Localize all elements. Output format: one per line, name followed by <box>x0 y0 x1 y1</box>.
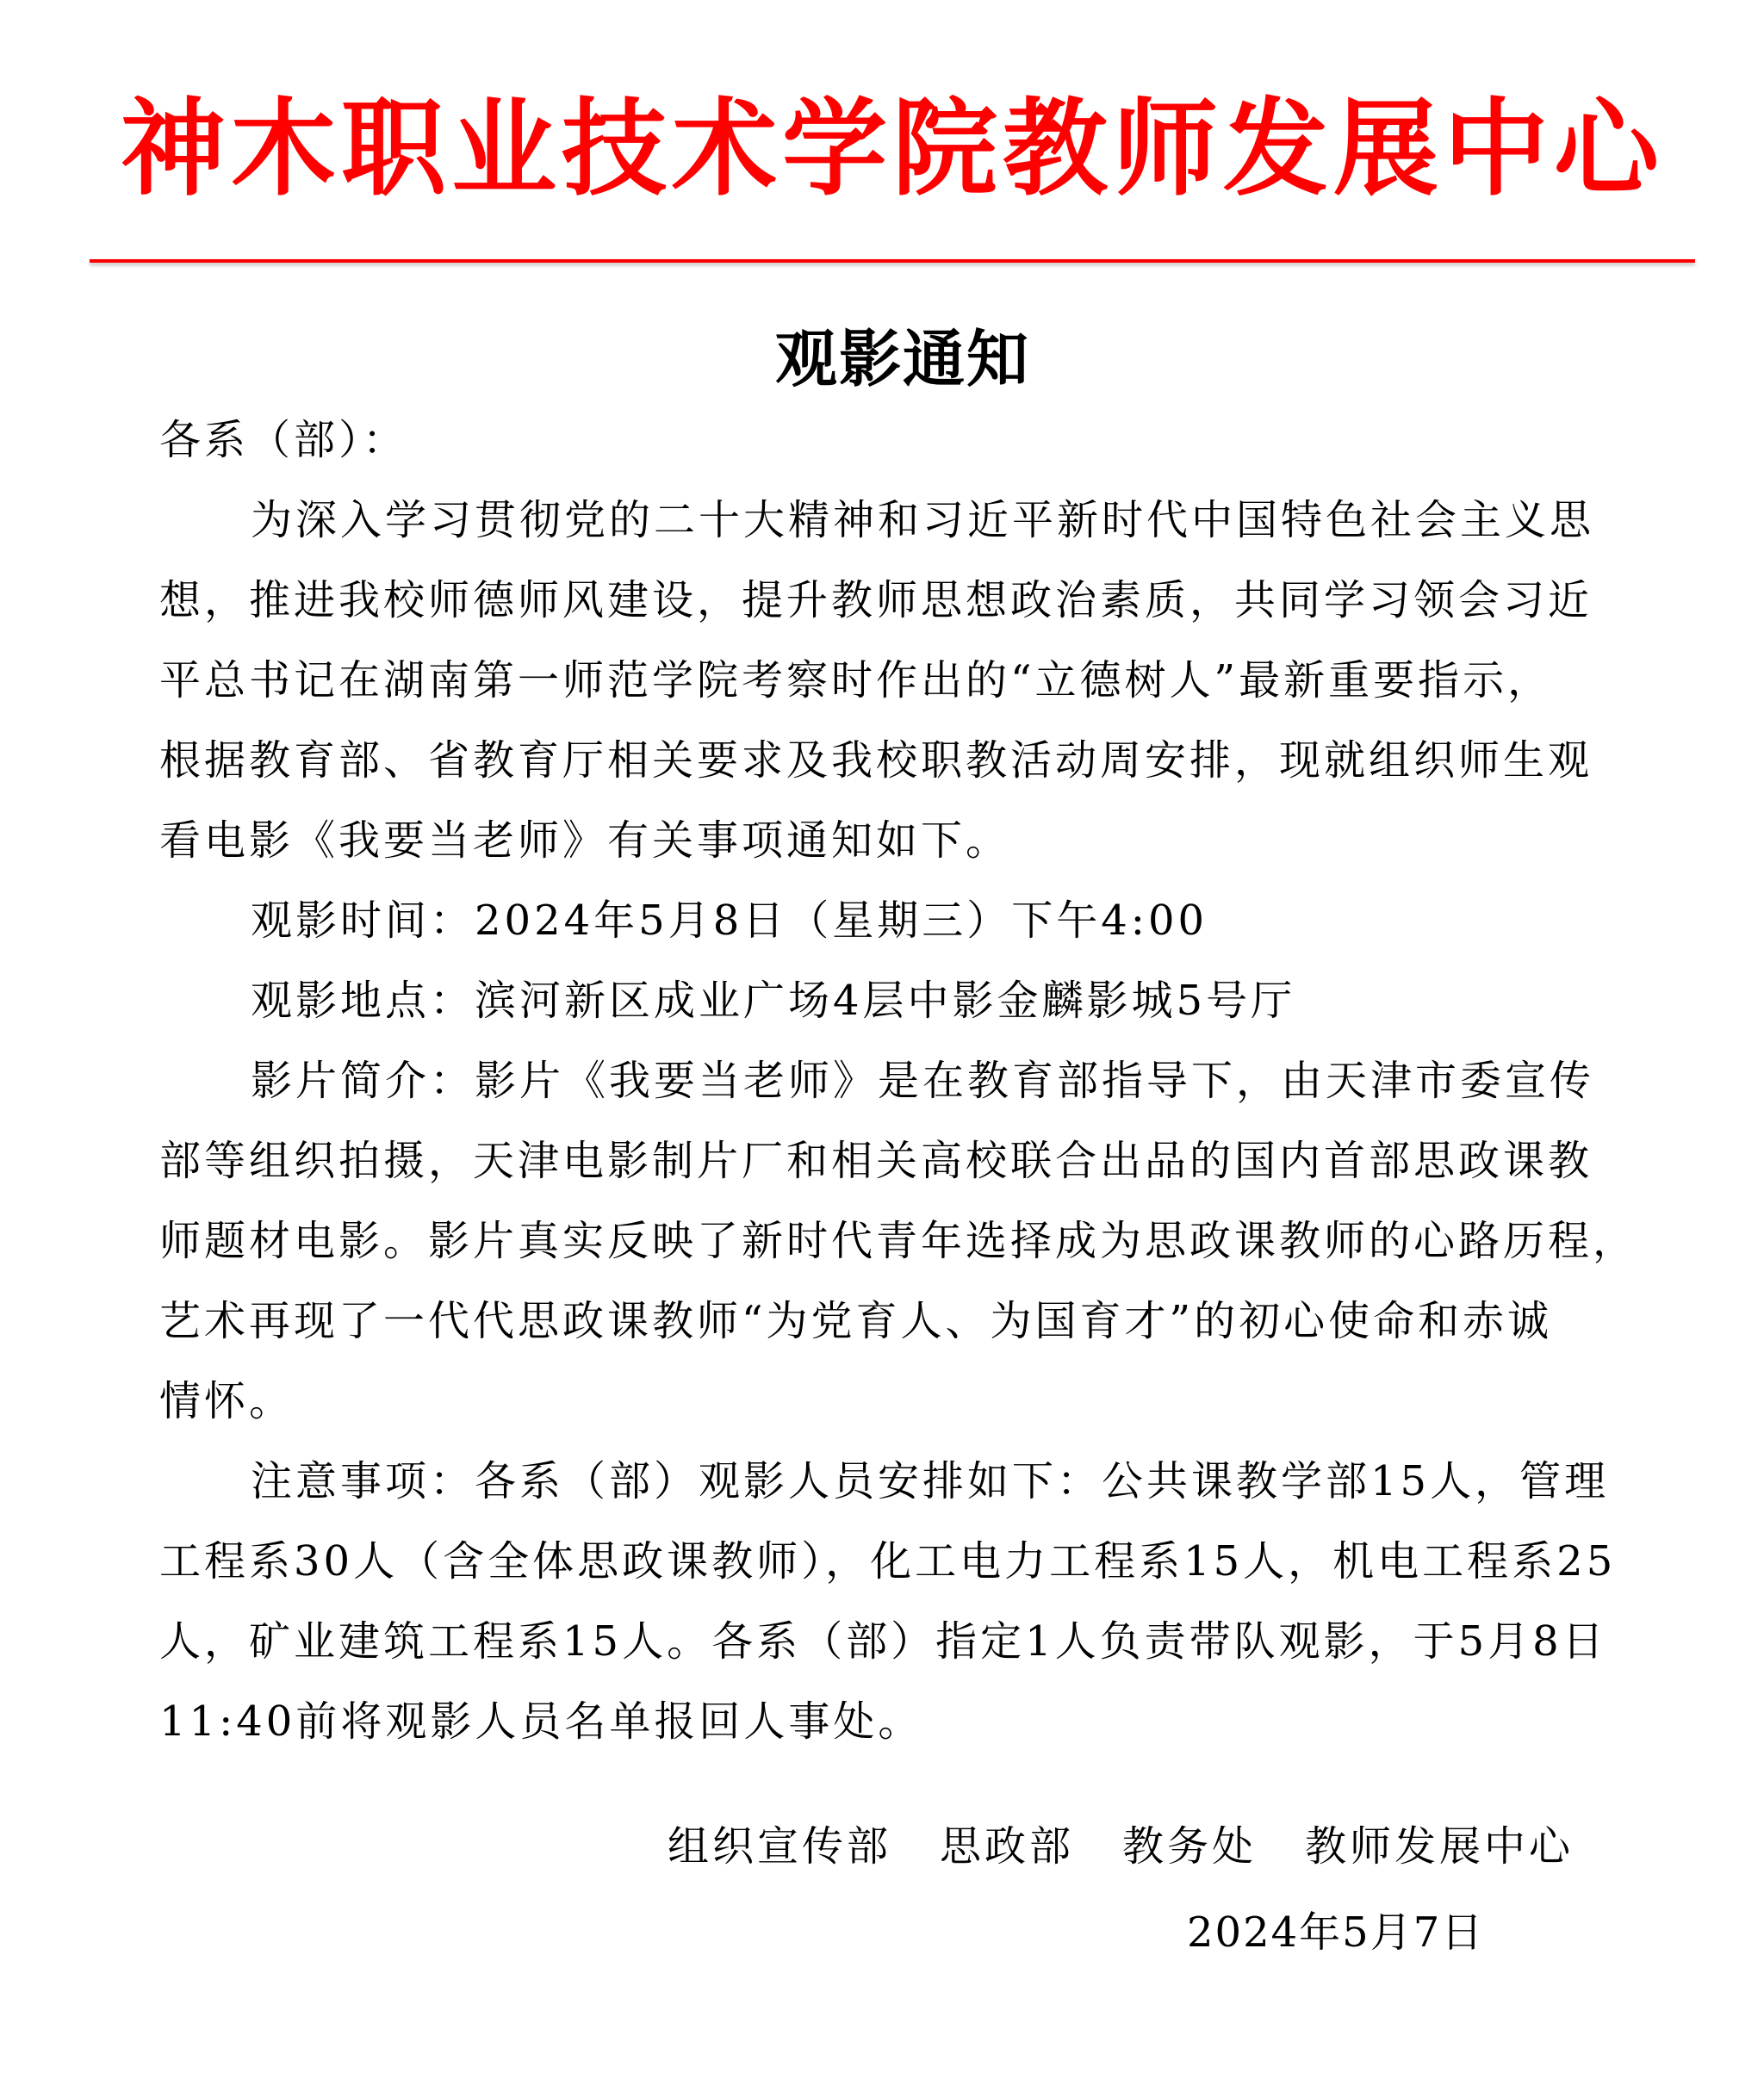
signatory-publicity-dept: 组织宣传部 <box>668 1807 891 1887</box>
paragraph-line: 人，矿业建筑工程系15人。各系（部）指定1人负责带队观影，于5月8日 <box>159 1602 1641 1682</box>
signatory-teacher-dev-center: 教师发展中心 <box>1305 1807 1574 1887</box>
signatories: 组织宣传部 思政部 教务处 教师发展中心 <box>668 1807 1574 1887</box>
paragraph-notes: 注意事项：各系（部）观影人员安排如下：公共课教学部15人，管理 工程系30人（含… <box>159 1442 1641 1762</box>
paragraph-line: 师题材电影。影片真实反映了新时代青年选择成为思政课教师的心路历程， <box>159 1201 1641 1281</box>
issue-date: 2024年5月7日 <box>1187 1893 1484 1973</box>
paragraph-line: 想，推进我校师德师风建设，提升教师思想政治素质，共同学习领会习近 <box>159 561 1641 641</box>
paragraph-line: 艺术再现了一代代思政课教师“为党育人、为国育才”的初心使命和赤诚 <box>159 1281 1641 1362</box>
paragraph-line: 部等组织拍摄，天津电影制片厂和相关高校联合出品的国内首部思政课教 <box>159 1121 1641 1201</box>
paragraph-line: 根据教育部、省教育厅相关要求及我校职教活动周安排，现就组织师生观 <box>159 721 1641 801</box>
signatory-academic-affairs: 教务处 <box>1122 1807 1257 1887</box>
screening-location: 观影地点：滨河新区成业广场4层中影金麟影城5号厅 <box>159 961 1641 1041</box>
document-title: 观影通知 <box>0 320 1764 398</box>
paragraph-intro: 为深入学习贯彻党的二十大精神和习近平新时代中国特色社会主义思 想，推进我校师德师… <box>159 481 1641 881</box>
letterhead-red-rule <box>90 259 1695 263</box>
paragraph-line: 11:40前将观影人员名单报回人事处。 <box>159 1682 1641 1762</box>
paragraph-line: 注意事项：各系（部）观影人员安排如下：公共课教学部15人，管理 <box>159 1442 1641 1522</box>
paragraph-line: 影片简介：影片《我要当老师》是在教育部指导下，由天津市委宣传 <box>159 1041 1641 1121</box>
letterhead-organization: 神木职业技术学院教师发展中心 <box>90 79 1695 217</box>
paragraph-line: 工程系30人（含全体思政课教师），化工电力工程系15人，机电工程系25 <box>159 1522 1641 1602</box>
document-body: 各系（部）： 为深入学习贯彻党的二十大精神和习近平新时代中国特色社会主义思 想，… <box>159 400 1641 1762</box>
paragraph-synopsis: 影片简介：影片《我要当老师》是在教育部指导下，由天津市委宣传 部等组织拍摄，天津… <box>159 1041 1641 1442</box>
paragraph-time: 观影时间：2024年5月8日（星期三）下午4:00 <box>159 881 1641 961</box>
salutation: 各系（部）： <box>159 400 1641 481</box>
paragraph-line: 平总书记在湖南第一师范学院考察时作出的“立德树人”最新重要指示， <box>159 641 1641 721</box>
signatory-ideology-dept: 思政部 <box>940 1807 1074 1887</box>
paragraph-location: 观影地点：滨河新区成业广场4层中影金麟影城5号厅 <box>159 961 1641 1041</box>
paragraph-line: 情怀。 <box>159 1362 1641 1442</box>
paragraph-line: 为深入学习贯彻党的二十大精神和习近平新时代中国特色社会主义思 <box>159 481 1641 561</box>
paragraph-line: 看电影《我要当老师》有关事项通知如下。 <box>159 801 1641 881</box>
screening-time: 观影时间：2024年5月8日（星期三）下午4:00 <box>159 881 1641 961</box>
